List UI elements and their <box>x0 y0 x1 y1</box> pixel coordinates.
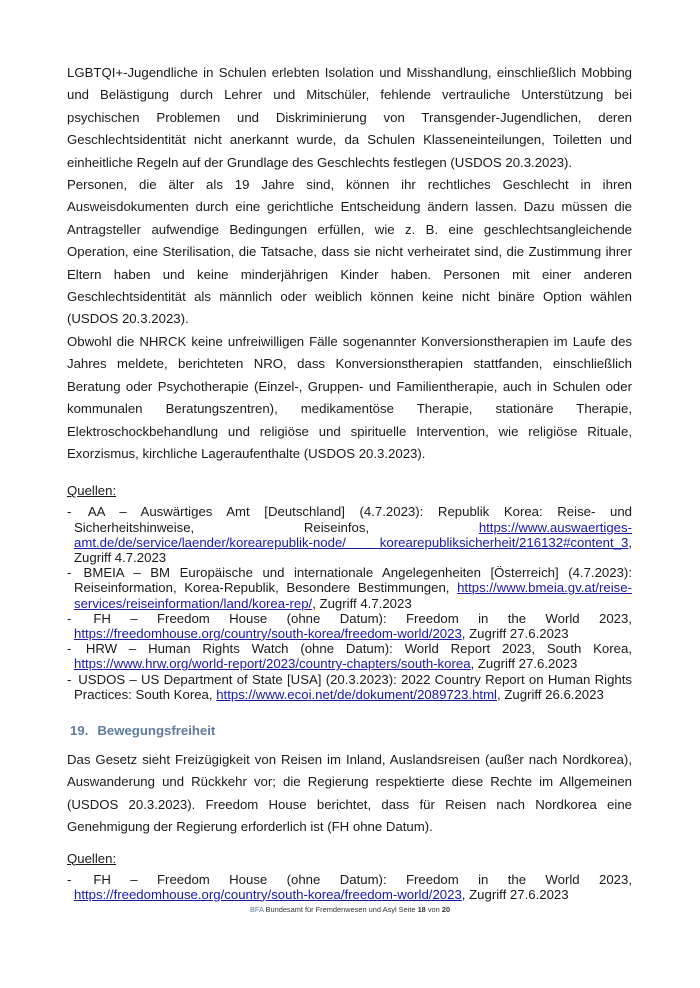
source-access-date: , Zugriff 27.6.2023 <box>462 887 569 902</box>
bullet-dash: - <box>67 565 74 580</box>
bullet-dash: - <box>67 641 74 656</box>
footer-of: von <box>426 905 442 914</box>
source-access-date: , Zugriff 27.6.2023 <box>462 626 569 641</box>
source-text: HRW – Human Rights Watch (ohne Datum): W… <box>74 641 632 656</box>
sources-label: Quellen: <box>67 851 632 866</box>
footer-org: Bundesamt für Fremdenwesen und Asyl Seit… <box>264 905 418 914</box>
paragraph-freedom-of-movement: Das Gesetz sieht Freizügigkeit von Reise… <box>67 749 632 839</box>
sources-list: - FH – Freedom House (ohne Datum): Freed… <box>67 872 632 902</box>
section-title: Bewegungsfreiheit <box>97 723 215 738</box>
page-footer: BFA Bundesamt für Fremdenwesen und Asyl … <box>0 905 700 914</box>
source-link[interactable]: https://www.ecoi.net/de/dokument/2089723… <box>216 687 497 702</box>
source-link[interactable]: https://freedomhouse.org/country/south-k… <box>74 887 462 902</box>
source-access-date: , Zugriff 26.6.2023 <box>497 687 604 702</box>
document-page: LGBTQI+-Jugendliche in Schulen erlebten … <box>67 62 632 902</box>
sources-list: - AA – Auswärtiges Amt [Deutschland] (4.… <box>67 504 632 702</box>
source-link[interactable]: https://freedomhouse.org/country/south-k… <box>74 626 462 641</box>
footer-page-total: 20 <box>442 905 450 914</box>
bullet-dash: - <box>67 872 74 887</box>
source-item-aa: - AA – Auswärtiges Amt [Deutschland] (4.… <box>67 504 632 565</box>
source-link[interactable]: https://www.hrw.org/world-report/2023/co… <box>74 656 471 671</box>
bullet-dash: - <box>67 672 74 687</box>
bullet-dash: - <box>67 611 74 626</box>
source-text: FH – Freedom House (ohne Datum): Freedom… <box>74 611 632 626</box>
footer-page-number: 18 <box>418 905 426 914</box>
paragraph-lgbtqi-schools: LGBTQI+-Jugendliche in Schulen erlebten … <box>67 62 632 174</box>
sources-section-2: Quellen: - FH – Freedom House (ohne Datu… <box>67 851 632 902</box>
section-heading: 19.Bewegungsfreiheit <box>70 722 632 740</box>
source-item-usdos: - USDOS – US Department of State [USA] (… <box>67 672 632 702</box>
sources-section-1: Quellen: - AA – Auswärtiges Amt [Deutsch… <box>67 483 632 702</box>
section-number: 19. <box>70 723 88 738</box>
bullet-dash: - <box>67 504 74 519</box>
source-access-date: , Zugriff 27.6.2023 <box>471 656 578 671</box>
source-access-date: , Zugriff 4.7.2023 <box>312 596 411 611</box>
paragraph-conversion-therapy: Obwohl die NHRCK keine unfreiwilligen Fä… <box>67 331 632 465</box>
source-item-fh: - FH – Freedom House (ohne Datum): Freed… <box>67 611 632 641</box>
sources-label: Quellen: <box>67 483 632 498</box>
source-text: FH – Freedom House (ohne Datum): Freedom… <box>74 872 632 887</box>
source-item-bmeia: - BMEIA – BM Europäische und internation… <box>67 565 632 611</box>
footer-brand: BFA <box>250 905 264 914</box>
source-item-hrw: - HRW – Human Rights Watch (ohne Datum):… <box>67 641 632 671</box>
source-item-fh: - FH – Freedom House (ohne Datum): Freed… <box>67 872 632 902</box>
paragraph-legal-gender-change: Personen, die älter als 19 Jahre sind, k… <box>67 174 632 331</box>
